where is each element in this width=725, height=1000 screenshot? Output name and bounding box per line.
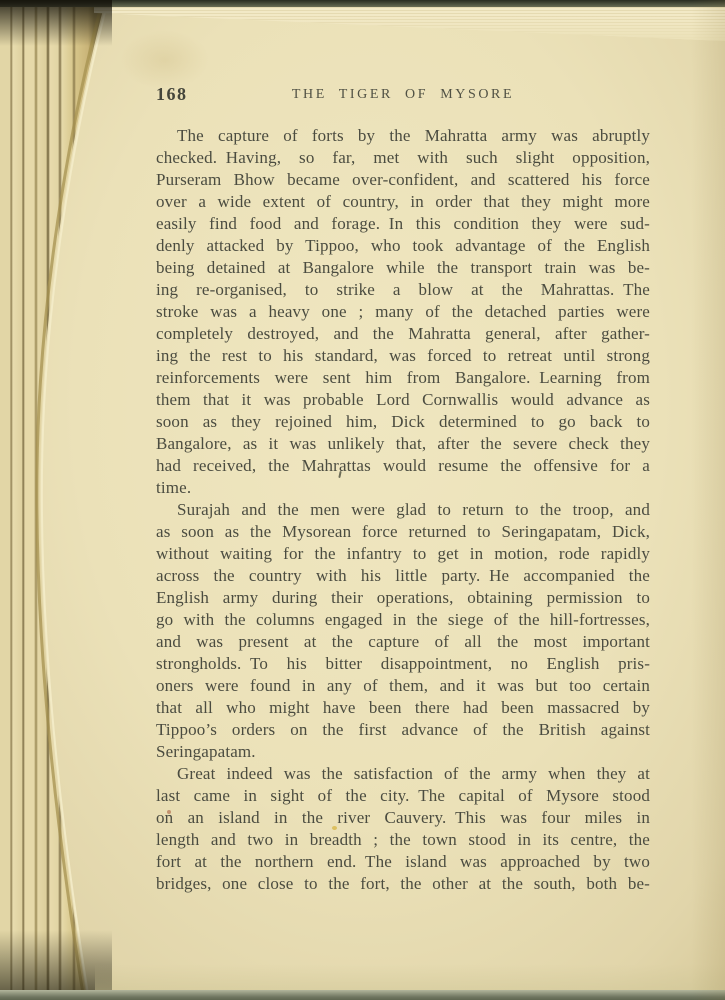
text-line: ing the rest to his standard, was forced… [156, 345, 650, 367]
text-line: stroke was a heavy one ; many of the det… [156, 301, 650, 323]
text-line: them that it was probable Lord Cornwalli… [156, 389, 650, 411]
text-line: strongholds. To his bitter disappointmen… [156, 653, 650, 675]
text-line: denly attacked by Tippoo, who took advan… [156, 235, 650, 257]
text-line: fort at the northern end. The island was… [156, 851, 650, 873]
text-line: checked. Having, so far, met with such s… [156, 147, 650, 169]
book-bottom-edge [0, 990, 725, 1000]
text-line: oners were found in any of them, and it … [156, 675, 650, 697]
text-line: go with the columns engaged in the siege… [156, 609, 650, 631]
page-header: 168 THE TIGER OF MYSORE [156, 84, 650, 106]
paragraph: The capture of forts by the Mahratta arm… [156, 125, 650, 499]
text-line: as soon as the Mysorean force returned t… [156, 521, 650, 543]
page-content: 168 THE TIGER OF MYSORE The capture of f… [156, 84, 650, 895]
text-line: on an island in the river Cauvery. This … [156, 807, 650, 829]
paper-speck [167, 810, 171, 814]
left-edge-shadow-top [0, 0, 112, 46]
text-line: Purseram Bhow became over-confident, and… [156, 169, 650, 191]
text-line: The capture of forts by the Mahratta arm… [156, 125, 650, 147]
text-line: had received, the Mahrattas would resume… [156, 455, 650, 477]
text-line: that all who might have been there had b… [156, 697, 650, 719]
text-line: Tippoo’s orders on the first advance of … [156, 719, 650, 741]
paper-speck [332, 826, 337, 830]
text-line: English army during their operations, ob… [156, 587, 650, 609]
paper-stain [120, 30, 210, 90]
page-text: The capture of forts by the Mahratta arm… [156, 125, 650, 895]
book-page-scan: 168 THE TIGER OF MYSORE The capture of f… [0, 0, 725, 1000]
text-line: ing re-organised, to strike a blow at th… [156, 279, 650, 301]
text-line: without waiting for the infantry to get … [156, 543, 650, 565]
text-line: and was present at the capture of all th… [156, 631, 650, 653]
running-title: THE TIGER OF MYSORE [292, 87, 514, 103]
text-line: bridges, one close to the fort, the othe… [156, 873, 650, 895]
page-bottom-edge [95, 964, 725, 990]
right-edge-shadow [691, 0, 725, 1000]
text-line: Bangalore, as it was unlikely that, afte… [156, 433, 650, 455]
text-line: easily find food and forage. In this con… [156, 213, 650, 235]
text-line: across the country with his little party… [156, 565, 650, 587]
text-line: Great indeed was the satisfaction of the… [156, 763, 650, 785]
paragraph: Surajah and the men were glad to return … [156, 499, 650, 763]
text-line: over a wide extent of country, in order … [156, 191, 650, 213]
text-line: length and two in breadth ; the town sto… [156, 829, 650, 851]
text-line: reinforcements were sent him from Bangal… [156, 367, 650, 389]
text-line: time. [156, 477, 650, 499]
text-line: Surajah and the men were glad to return … [156, 499, 650, 521]
text-line: being detained at Bangalore while the tr… [156, 257, 650, 279]
paragraph: Great indeed was the satisfaction of the… [156, 763, 650, 895]
text-line: soon as they rejoined him, Dick determin… [156, 411, 650, 433]
text-line: last came in sight of the city. The capi… [156, 785, 650, 807]
text-line: completely destroyed, and the Mahratta g… [156, 323, 650, 345]
text-line: Seringapatam. [156, 741, 650, 763]
page-number: 168 [156, 84, 188, 105]
